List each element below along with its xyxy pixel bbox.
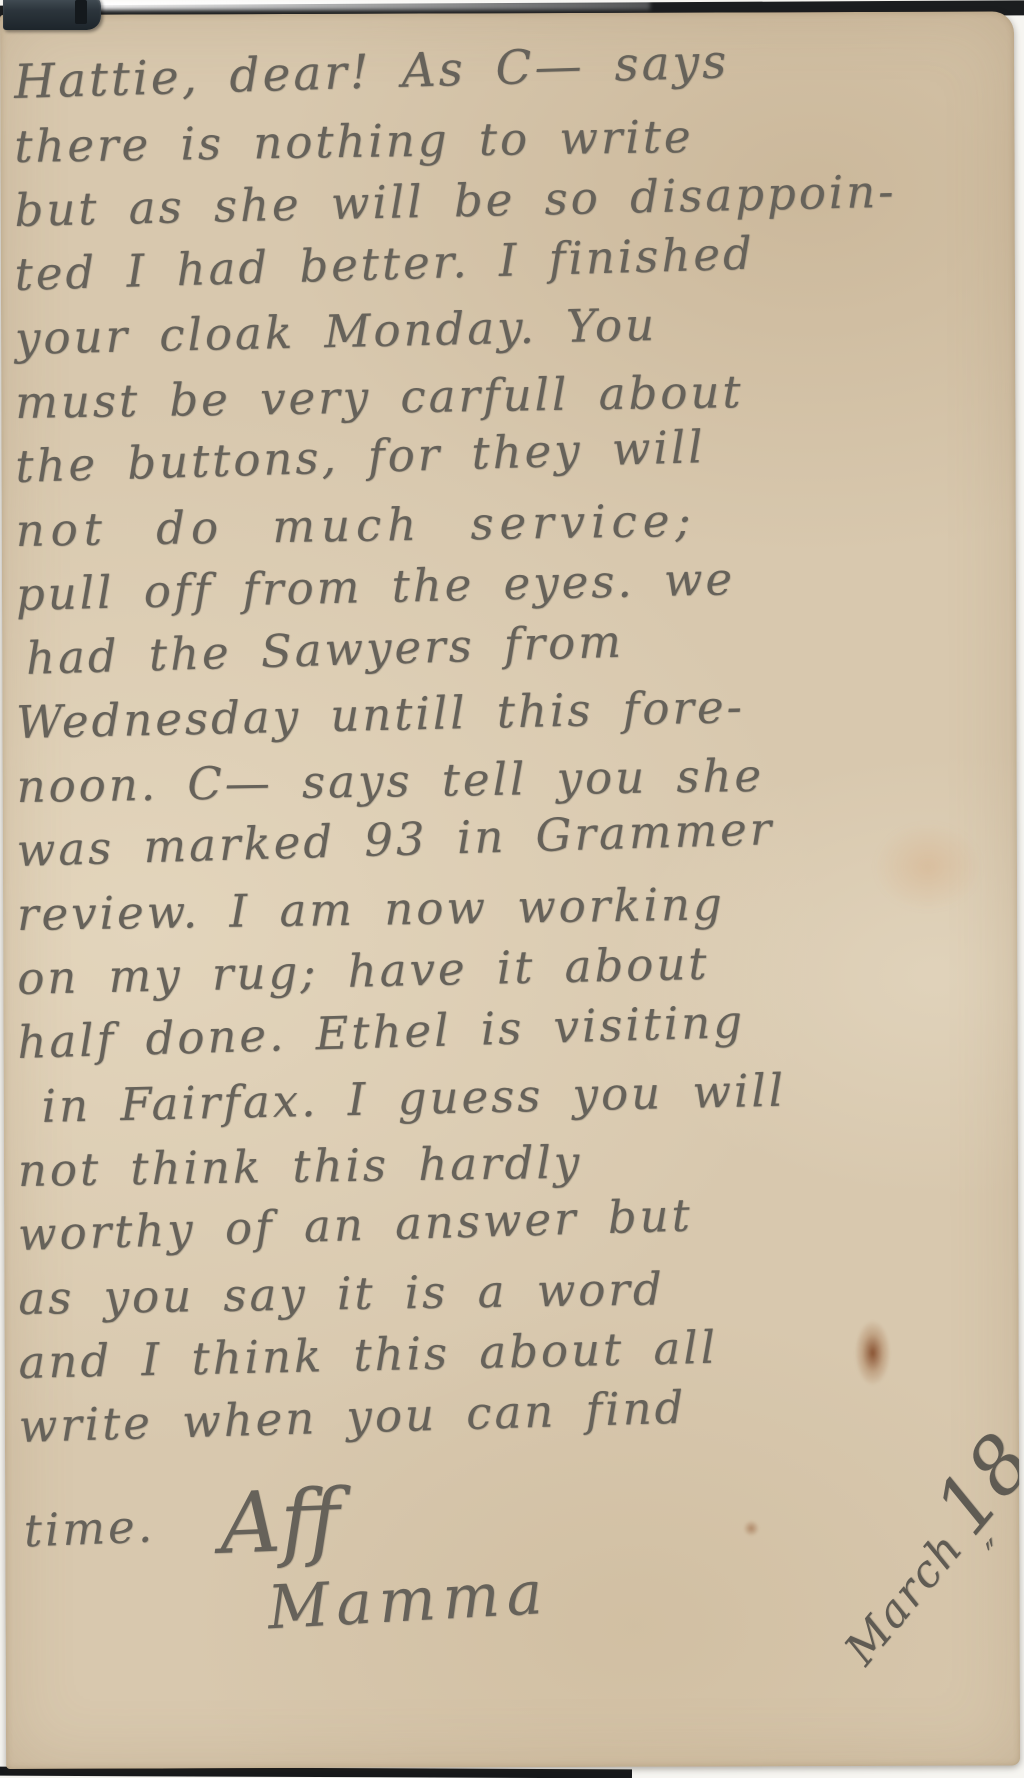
letter-card: Hattie, dear! As C— says there is nothin… bbox=[0, 11, 1020, 1769]
date-month: March bbox=[835, 1523, 974, 1675]
small-rust-stain bbox=[743, 1520, 759, 1536]
letter-line: Hattie, dear! As C— says bbox=[13, 22, 1006, 115]
binder-clip-notch bbox=[75, 0, 87, 24]
closing-affectionately: Aff bbox=[218, 1470, 342, 1573]
letter-closing: time. Aff bbox=[21, 1456, 341, 1566]
signature: Mamma bbox=[266, 1558, 551, 1644]
binder-clip bbox=[3, 0, 101, 30]
closing-text: time. bbox=[23, 1499, 156, 1557]
letter-body: Hattie, dear! As C— says there is nothin… bbox=[14, 47, 1011, 1458]
scan-light-glow bbox=[90, 0, 650, 10]
